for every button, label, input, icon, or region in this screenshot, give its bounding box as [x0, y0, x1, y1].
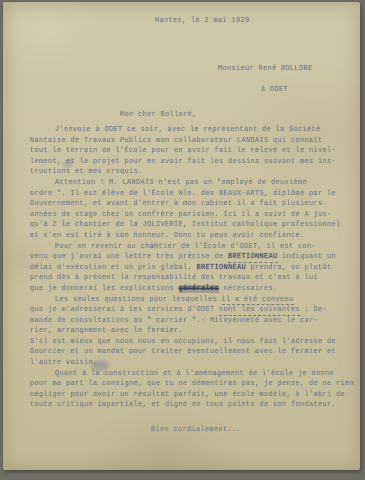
letter-line: rier, arrangement avec le fermier.	[30, 326, 352, 337]
letter-line: prend dès à présent la responsabilité de…	[30, 273, 352, 284]
contractor-name: BRETIONNEAU	[197, 264, 247, 272]
ink-blot	[91, 360, 109, 371]
closing: Bien cordialement...	[151, 426, 241, 434]
letter-line: l'autre voisin.	[30, 358, 352, 369]
letter-line: S'il est mieux que nous nous en occupion…	[30, 337, 352, 348]
letter-line: lement, et le projet pour en avoir fait …	[30, 157, 352, 168]
letter-line: années de stage chez un confrère parisie…	[30, 210, 352, 221]
date-line: Nantes, le 2 mai 1929	[155, 17, 250, 25]
letter-line: venu que j'aurai une lettre très précise…	[30, 252, 352, 263]
letter-line: mande de consultations au " carrier ".- …	[30, 316, 352, 327]
recipient-location: à ODET	[261, 86, 288, 94]
scan-background: Nantes, le 2 mai 1929 Monsieur René BOLL…	[0, 0, 365, 480]
letter-line: Quant à la construction et à l'aménageme…	[30, 369, 352, 380]
line-segment: prendra, ou plutôt	[246, 264, 332, 272]
line-segment: nécessaires.	[219, 285, 278, 293]
letter-line: Attention ! M. LANDAIS n'est pas un "emp…	[30, 178, 352, 189]
letter-line: qu'à Z le chantier de la JOLIVERIE, Inst…	[30, 220, 352, 231]
line-segment: venu que j'aurai une lettre très précise…	[30, 253, 228, 261]
letter-line: que je donnerai les explications général…	[30, 284, 352, 295]
contractor-name: BRETIONNEAU	[228, 253, 278, 263]
letter-line: ordre ". Il est élève de l'École Nle. de…	[30, 189, 352, 200]
salutation: Mon cher Bolloré,	[120, 111, 197, 119]
letter-line: Nantaise de Travaux Publics mon collabor…	[30, 136, 352, 147]
letter-line: tout le terrain de l'École pour en avoir…	[30, 146, 352, 157]
line-segment: : De-	[300, 306, 327, 314]
letter-line: que je m'adresserai à tes services d'ODE…	[30, 305, 352, 316]
ink-blot	[151, 242, 159, 248]
letter-line: Gourcier et un mandat pour traiter évent…	[30, 347, 352, 358]
letter-line: J'envoie à ODET ce soir, avec le représe…	[30, 125, 352, 136]
line-segment: que je donnerai les explications	[30, 285, 179, 293]
letter-line: toute critique impartiale, et digne en t…	[30, 400, 352, 411]
line-segment: Les seules questions pour lesquelles	[55, 296, 222, 304]
letter-line: tructions et mes croquis.	[30, 167, 352, 178]
letter-line: Les seules questions pour lesquelles il …	[30, 295, 352, 306]
letter-line: et s'en est tiré à son honneur. Donc tu …	[30, 231, 352, 242]
letter-line: Gouvernement, et avant d'entrer à mon ca…	[30, 199, 352, 210]
underlined-phrase: il a été convenu	[222, 296, 294, 306]
line-segment: indiquant un	[278, 253, 337, 261]
letter-line: Pour en revenir au chantier de l'École d…	[30, 242, 352, 253]
letter-body: J'envoie à ODET ce soir, avec le représe…	[30, 125, 352, 411]
line-segment: délai d'exécution et un prix global.	[30, 264, 197, 272]
letter-paper: Nantes, le 2 mai 1929 Monsieur René BOLL…	[3, 2, 360, 470]
struck-word: générales	[179, 285, 220, 293]
line-segment: que je m'adresserai à tes services d'ODE…	[30, 306, 219, 314]
letter-line: négliger pour avoir un résultat parfait,…	[30, 390, 352, 401]
underlined-phrase: sont les suivantes	[219, 306, 300, 316]
letter-line: pour ma part la consigne, que tu ne déme…	[30, 379, 352, 390]
letter-line: délai d'exécution et un prix global. BRE…	[30, 263, 352, 274]
ink-blot	[63, 160, 73, 168]
recipient-name: Monsieur René BOLLORE	[218, 65, 313, 73]
